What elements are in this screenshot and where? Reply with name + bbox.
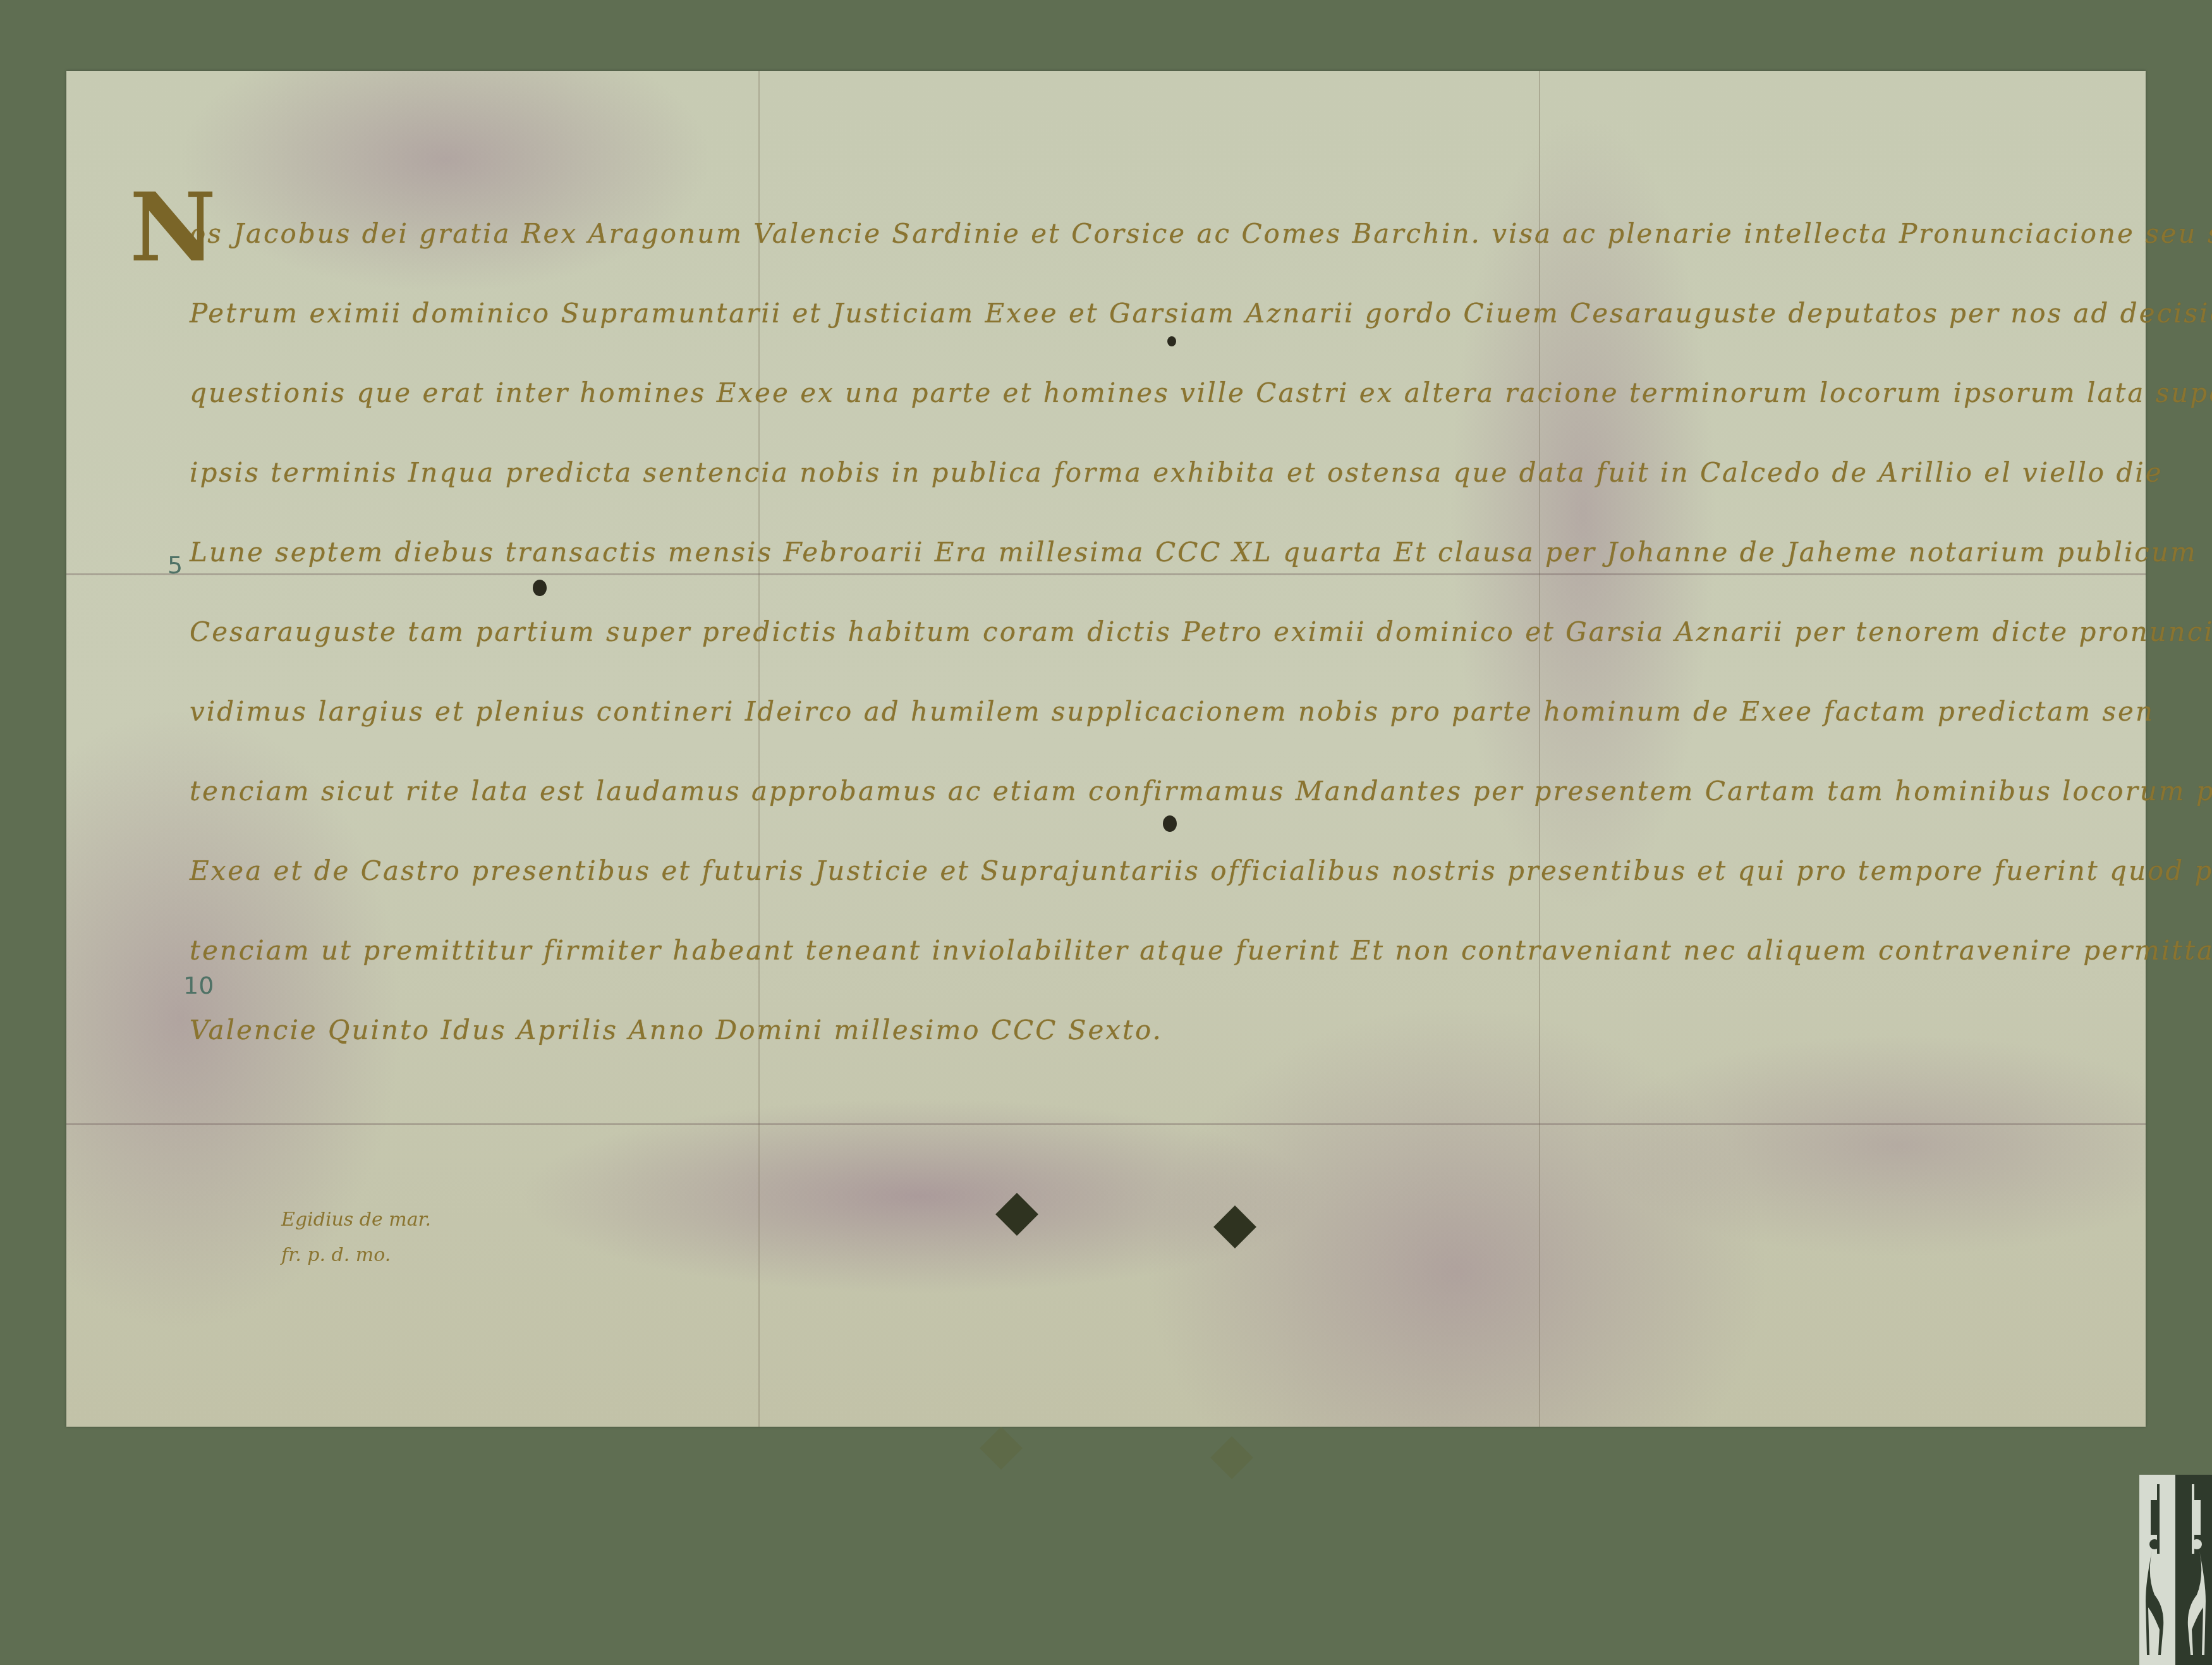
text-line: Cesarauguste tam partium super predictis… xyxy=(190,592,2054,672)
text-line: tenciam ut premittitur firmiter habeant … xyxy=(190,911,2054,991)
parchment-sheet: N os Jacobus dei gratia Rex Aragonum Val… xyxy=(66,71,2146,1427)
text-line: questionis que erat inter homines Exee e… xyxy=(190,353,2054,433)
seal-hole xyxy=(995,1193,1038,1236)
seal-hole xyxy=(980,1427,1023,1470)
text-line: Petrum eximii dominico Supramuntarii et … xyxy=(190,274,2054,353)
text-line: ipsis terminis Inqua predicta sentencia … xyxy=(190,433,2054,513)
knight-rider-icon xyxy=(2182,1481,2206,1658)
margin-line-number: 5 xyxy=(167,551,183,579)
ink-blot xyxy=(533,580,547,596)
ink-blot xyxy=(1163,815,1177,832)
knight-rider-icon xyxy=(2146,1481,2170,1658)
text-line: Lune septem diebus transactis mensis Feb… xyxy=(190,513,2054,592)
archive-logo xyxy=(2139,1475,2212,1665)
text-line: tenciam sicut rite lata est laudamus app… xyxy=(190,752,2054,831)
notary-subscription: Egidius de mar. fr. p. d. mo. xyxy=(281,1202,431,1273)
ink-blot xyxy=(1167,336,1176,346)
decorated-initial: N xyxy=(130,172,216,283)
margin-line-number: 10 xyxy=(183,972,214,999)
text-line: vidimus largius et plenius contineri Ide… xyxy=(190,672,2054,752)
fold-line-horizontal xyxy=(66,1123,2146,1125)
seal-hole xyxy=(1210,1436,1253,1479)
seal-hole xyxy=(1213,1205,1256,1248)
notary-line: fr. p. d. mo. xyxy=(281,1238,431,1273)
text-line: Exea et de Castro presentibus et futuris… xyxy=(190,831,2054,911)
notary-line: Egidius de mar. xyxy=(281,1202,431,1238)
text-line: Valencie Quinto Idus Aprilis Anno Domini… xyxy=(190,991,2054,1070)
text-line: os Jacobus dei gratia Rex Aragonum Valen… xyxy=(190,194,2054,274)
charter-text: N os Jacobus dei gratia Rex Aragonum Val… xyxy=(190,194,2054,1070)
